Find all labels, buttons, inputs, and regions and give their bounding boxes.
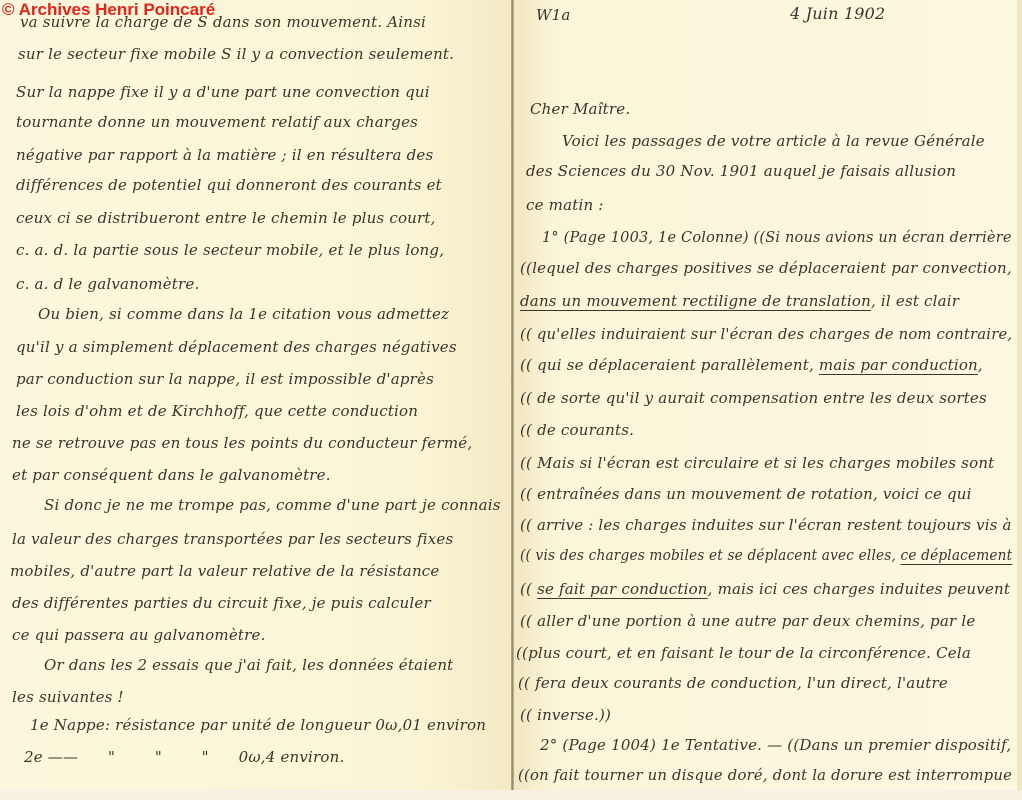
left-line-6: différences de potentiel qui donneront d… [16,176,442,194]
right-line-5: ((lequel des charges positives se déplac… [520,259,1012,277]
right-line-4: 1° (Page 1003, 1e Colonne) ((Si nous avi… [542,228,1012,246]
left-line-8: c. a. d. la partie sous le secteur mobil… [16,241,444,259]
right-line-2: des Sciences du 30 Nov. 1901 auquel je f… [526,162,956,180]
right-line-11: (( Mais si l'écran est circulaire et si … [520,454,994,472]
left-line-10: Ou bien, si comme dans la 1e citation vo… [38,305,449,323]
right-line-3: ce matin : [526,196,604,214]
page-edge [1017,0,1022,800]
left-line-12: par conduction sur la nappe, il est impo… [16,370,434,388]
right-line-19: (( inverse.)) [520,706,611,724]
right-line-10: (( de courants. [520,421,634,439]
left-line-9: c. a. d le galvanomètre. [16,275,199,293]
right-line-12: (( entraînées dans un mouvement de rotat… [520,485,972,503]
left-line-21: Or dans les 2 essais que j'ai fait, les … [44,656,453,674]
left-line-13: les lois d'ohm et de Kirchhoff, que cett… [16,402,418,420]
right-line-15: (( se fait par conduction, mais ici ces … [520,580,1010,598]
left-line-4: tournante donne un mouvement relatif aux… [16,113,418,131]
salutation: Cher Maître. [530,100,630,118]
underlined-phrase: ce déplacement [901,546,1013,564]
manuscript-spread: © Archives Henri Poincaré va suivre la c… [0,0,1022,800]
left-line-14: ne se retrouve pas en tous les points du… [12,434,472,452]
left-line-5: négative par rapport à la matière ; il e… [16,146,433,164]
left-line-24: 2e —— " " " 0ω,4 environ. [24,748,345,766]
left-line-22: les suivantes ! [12,688,124,706]
underlined-phrase: mais par conduction [819,356,978,374]
left-line-15: et par conséquent dans le galvanomètre. [12,466,331,484]
underlined-phrase: dans un mouvement rectiligne de translat… [520,292,871,310]
right-line-13: (( arrive : les charges induites sur l'é… [520,516,1012,534]
letter-date: 4 Juin 1902 [790,4,885,23]
left-line-7: ceux ci se distribueront entre le chemin… [16,209,436,227]
right-line-14: (( vis des charges mobiles et se déplace… [520,546,1012,564]
left-line-19: des différentes parties du circuit fixe,… [12,594,431,612]
right-line-7: (( qu'elles induiraient sur l'écran des … [520,325,1012,343]
underlined-phrase: se fait par conduction [537,580,708,598]
right-line-1: Voici les passages de votre article à la… [562,132,985,150]
book-binding [511,0,514,800]
left-line-16: Si donc je ne me trompe pas, comme d'une… [44,496,501,514]
scan-margin [0,790,1022,800]
right-line-8: (( qui se déplaceraient parallèlement, m… [520,356,983,374]
right-line-16: (( aller d'une portion à une autre par d… [520,612,975,630]
left-line-18: mobiles, d'autre part la valeur relative… [10,562,439,580]
right-line-21: ((on fait tourner un disque doré, dont l… [518,766,1012,784]
right-line-9: (( de sorte qu'il y aurait compensation … [520,389,987,407]
copyright-watermark: © Archives Henri Poincaré [2,0,215,20]
left-line-23: 1e Nappe: résistance par unité de longue… [30,716,486,734]
right-line-17: ((plus court, et en faisant le tour de l… [516,644,971,662]
left-line-17: la valeur des charges transportées par l… [12,530,453,548]
right-line-20: 2° (Page 1004) 1e Tentative. — ((Dans un… [540,736,1011,754]
left-line-2: sur le secteur fixe mobile S il y a conv… [18,45,454,63]
left-line-3: Sur la nappe fixe il y a d'une part une … [16,83,430,101]
left-line-11: qu'il y a simplement déplacement des cha… [16,338,457,356]
left-line-20: ce qui passera au galvanomètre. [12,626,266,644]
right-line-6: dans un mouvement rectiligne de translat… [520,292,959,310]
right-line-18: (( fera deux courants de conduction, l'u… [518,674,948,692]
folio-reference: W1a [536,6,571,24]
